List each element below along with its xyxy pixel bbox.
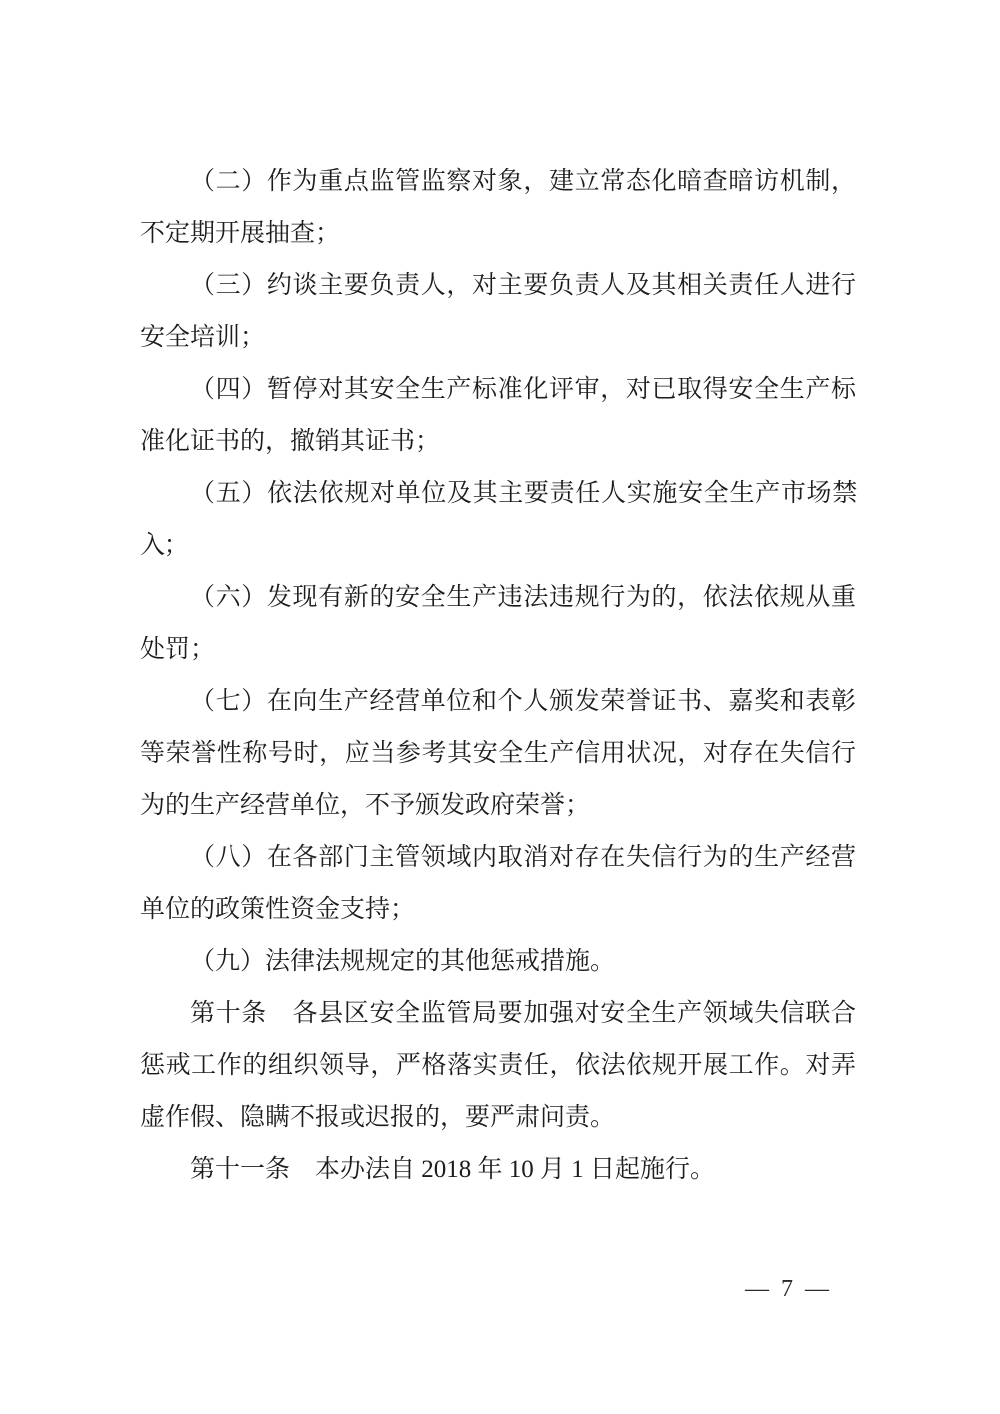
document-body: （二）作为重点监管监察对象，建立常态化暗查暗访机制，不定期开展抽查； （三）约谈… xyxy=(140,156,856,1196)
clause-8: （八）在各部门主管领域内取消对存在失信行为的生产经营单位的政策性资金支持； xyxy=(140,832,856,936)
clause-7: （七）在向生产经营单位和个人颁发荣誉证书、嘉奖和表彰等荣誉性称号时，应当参考其安… xyxy=(140,676,856,832)
article-10: 第十条 各县区安全监管局要加强对安全生产领域失信联合惩戒工作的组织领导，严格落实… xyxy=(140,988,856,1144)
clause-6: （六）发现有新的安全生产违法违规行为的，依法依规从重处罚； xyxy=(140,572,856,676)
document-page: （二）作为重点监管监察对象，建立常态化暗查暗访机制，不定期开展抽查； （三）约谈… xyxy=(0,0,1000,1414)
clause-2: （二）作为重点监管监察对象，建立常态化暗查暗访机制，不定期开展抽查； xyxy=(140,156,856,260)
clause-9: （九）法律法规规定的其他惩戒措施。 xyxy=(140,936,856,988)
clause-3: （三）约谈主要负责人，对主要负责人及其相关责任人进行安全培训； xyxy=(140,260,856,364)
clause-5: （五）依法依规对单位及其主要责任人实施安全生产市场禁入； xyxy=(140,468,856,572)
clause-4: （四）暂停对其安全生产标准化评审，对已取得安全生产标准化证书的，撤销其证书； xyxy=(140,364,856,468)
article-11: 第十一条 本办法自 2018 年 10 月 1 日起施行。 xyxy=(140,1144,856,1196)
page-number: — 7 — xyxy=(745,1276,832,1303)
